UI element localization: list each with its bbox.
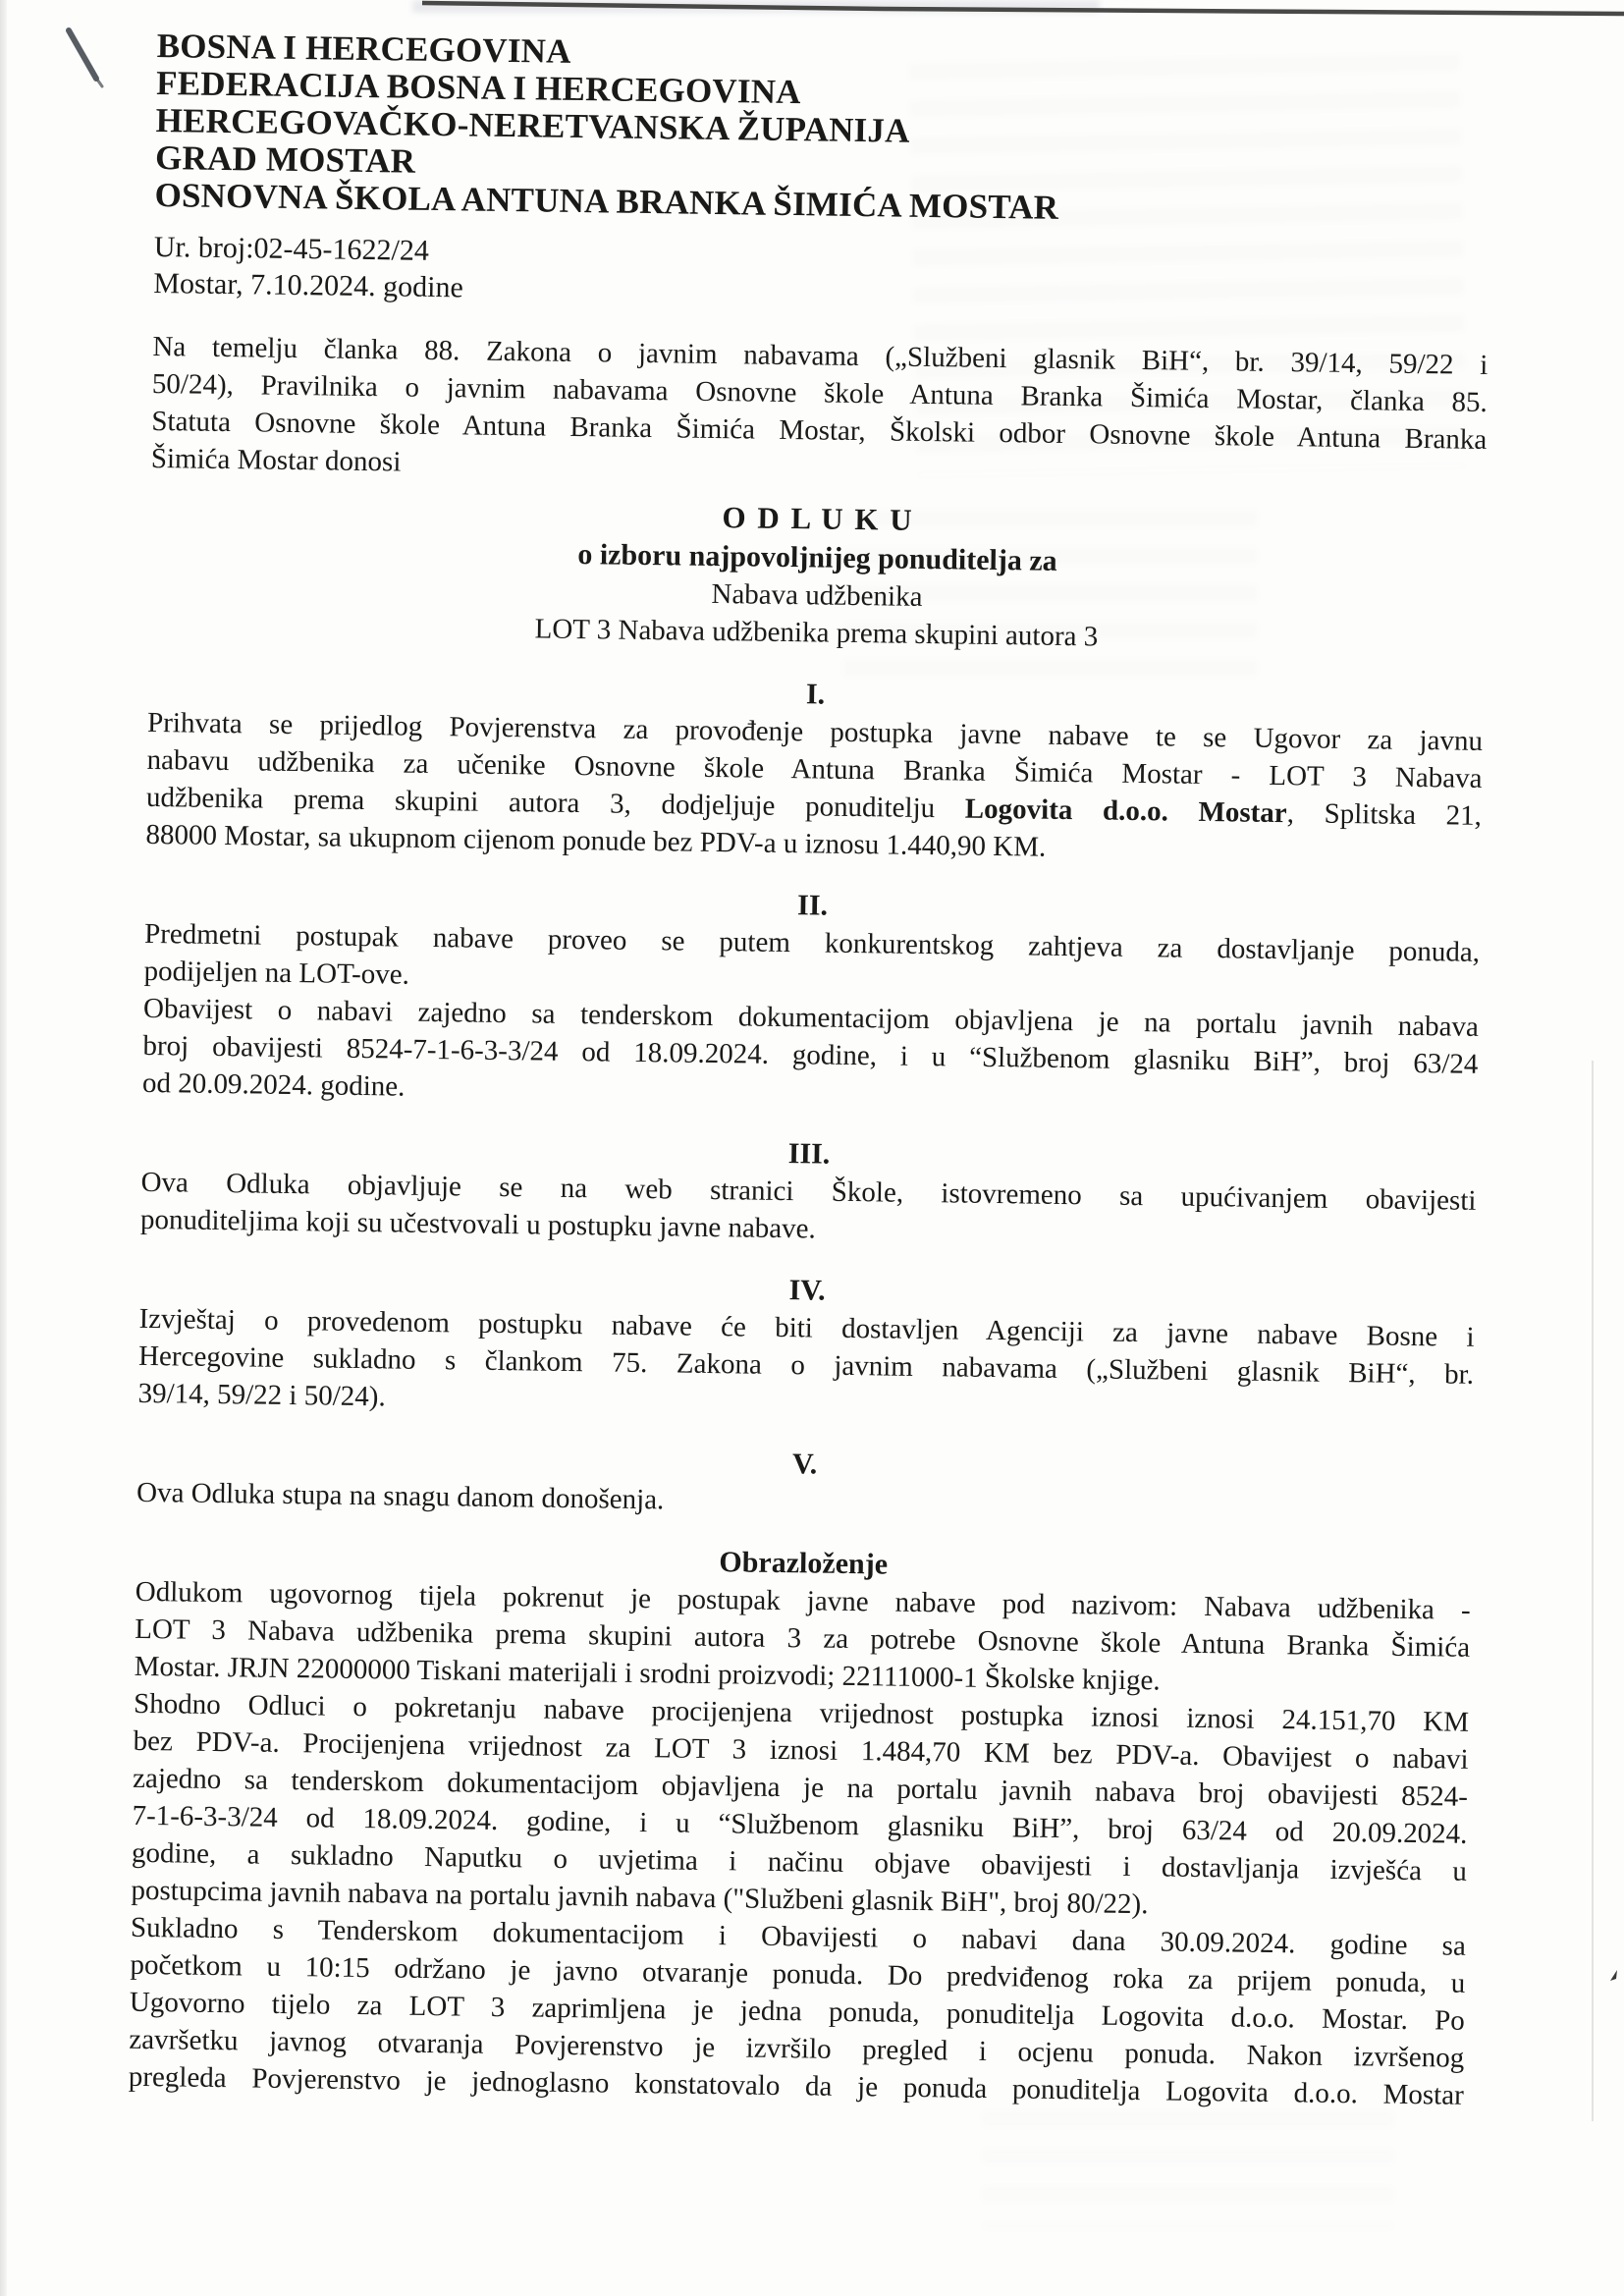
- section-2: II. Predmetni postupak nabave proveo se …: [142, 878, 1481, 1121]
- pen-mark-artifact: [57, 24, 126, 112]
- section-3: III. Ova Odluka objavljuje se na web str…: [140, 1126, 1477, 1257]
- scan-left-edge-artifact: [0, 0, 7, 2296]
- body-text: , Splitska 21,: [1286, 797, 1482, 832]
- scan-top-shadow-artifact: [412, 0, 1100, 13]
- letterhead: BOSNA I HERCEGOVINA FEDERACIJA BOSNA I H…: [154, 27, 1492, 233]
- rationale-section: Obrazloženje Odlukom ugovornog tijela po…: [129, 1536, 1472, 2114]
- document-content: BOSNA I HERCEGOVINA FEDERACIJA BOSNA I H…: [129, 27, 1492, 2114]
- reference-block: Ur. broj:02-45-1622/24 Mostar, 7.10.2024…: [153, 229, 1489, 320]
- ink-tick-artifact: [1606, 1968, 1622, 1988]
- bleed-through-artifact: [982, 2111, 1394, 2229]
- scanned-document-page: BOSNA I HERCEGOVINA FEDERACIJA BOSNA I H…: [0, 0, 1624, 2296]
- winning-bidder-name: Logovita d.o.o. Mostar: [965, 793, 1287, 830]
- scan-crease-artifact: [1592, 1061, 1594, 2121]
- section-5: V. Ova Odluka stupa na snagu danom donoš…: [136, 1437, 1473, 1530]
- section-1: I. Prihvata se prijedlog Povjerenstva za…: [145, 667, 1484, 872]
- section-4: IV. Izvještaj o provedenom postupku naba…: [137, 1263, 1475, 1431]
- preamble: Na temelju članka 88. Zakona o javnim na…: [151, 328, 1489, 496]
- decision-title-block: O D L U K U o izboru najpovoljnijeg ponu…: [148, 489, 1486, 661]
